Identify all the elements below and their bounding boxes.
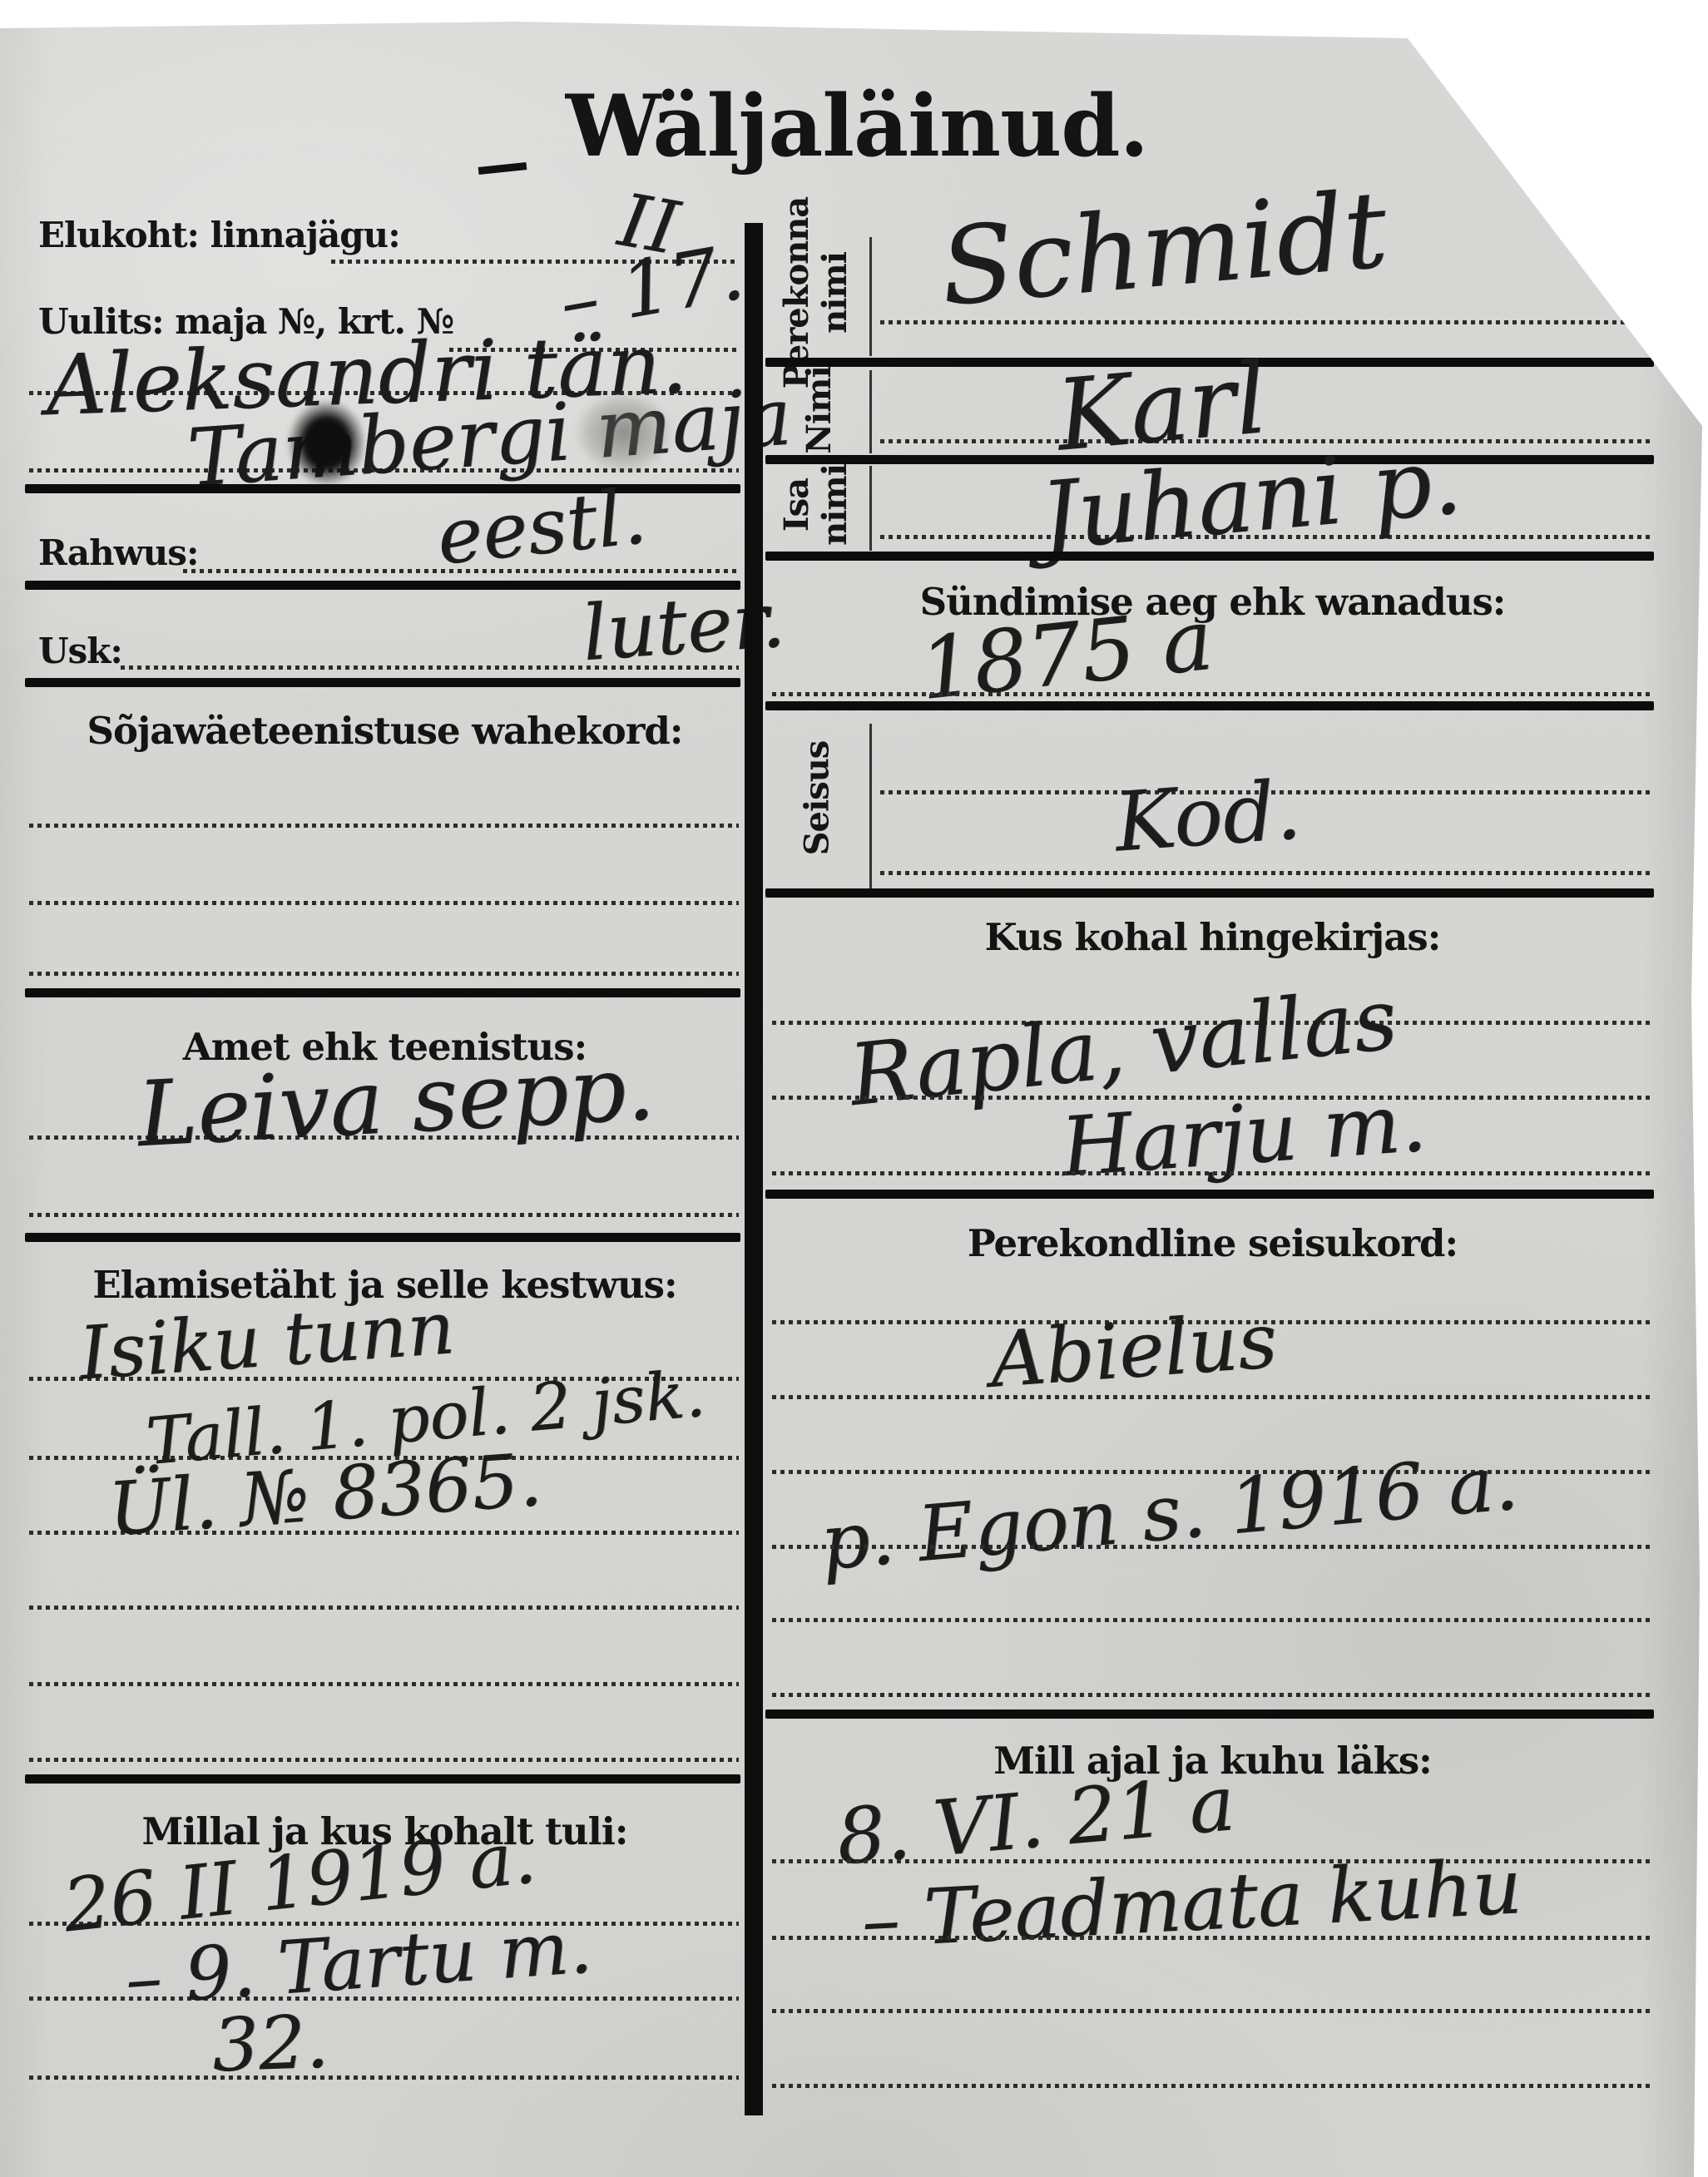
blank-line xyxy=(29,1213,739,1217)
sundimise-line xyxy=(772,692,1654,696)
label-rule xyxy=(869,724,872,888)
separator xyxy=(25,1233,740,1242)
elukoht-label: Elukoht: linnajägu: xyxy=(38,215,400,255)
label-rule xyxy=(869,466,872,551)
separator xyxy=(765,1709,1654,1719)
blank-line xyxy=(772,2084,1654,2088)
sojawae-heading: Sõjawäeteenistuse wahekord: xyxy=(29,709,740,753)
perekondline-line1-rule xyxy=(772,1395,1654,1399)
seisus-line2 xyxy=(880,871,1654,875)
separator xyxy=(765,1190,1654,1199)
ink-blot xyxy=(287,399,366,487)
rahwus-label: Rahwus: xyxy=(38,532,198,573)
perekonna-value: Schmidt xyxy=(936,168,1392,330)
hingekirjas-heading: Kus kohal hingekirjas: xyxy=(770,915,1656,959)
millal-line3: 32. xyxy=(210,1999,329,2089)
hingekirjas-line3-rule xyxy=(772,1171,1654,1175)
blank-line xyxy=(29,901,739,905)
page-title: Wäljaläinud. xyxy=(399,77,1314,176)
blank-line xyxy=(772,1693,1654,1697)
blank-line xyxy=(29,1682,739,1686)
separator xyxy=(765,552,1654,561)
blank-line xyxy=(772,1618,1654,1622)
usk-label: Usk: xyxy=(38,631,122,671)
millal-line3-rule xyxy=(29,2076,739,2080)
separator xyxy=(765,701,1654,710)
label-rule xyxy=(869,237,872,356)
laks-line2-rule xyxy=(772,1936,1654,1940)
separator xyxy=(25,988,740,997)
gray-stain xyxy=(574,391,674,474)
separator xyxy=(25,678,740,687)
separator xyxy=(765,888,1654,898)
blank-line xyxy=(29,1758,739,1762)
column-divider xyxy=(745,223,763,2115)
scanned-form-sheet: Wäljaläinud. Elukoht: linnajägu: II Uuli… xyxy=(0,0,1708,2177)
blank-line xyxy=(29,1606,739,1610)
perekondline-line1: Abielus xyxy=(988,1296,1280,1405)
perekondline-line2: p. Egon s. 1916 a. xyxy=(817,1438,1522,1588)
blank-line xyxy=(772,2009,1654,2013)
perekondline-heading: Perekondline seisukord: xyxy=(770,1221,1656,1265)
perekondline-line2-rule xyxy=(772,1545,1654,1549)
sundimise-heading: Sündimise aeg ehk wanadus: xyxy=(770,580,1656,624)
separator xyxy=(25,1774,740,1784)
blank-line xyxy=(29,972,739,976)
seisus-label: Seisus xyxy=(799,707,844,890)
seisus-value: Kod. xyxy=(1111,763,1304,870)
label-rule xyxy=(869,370,872,453)
blank-line xyxy=(29,824,739,828)
